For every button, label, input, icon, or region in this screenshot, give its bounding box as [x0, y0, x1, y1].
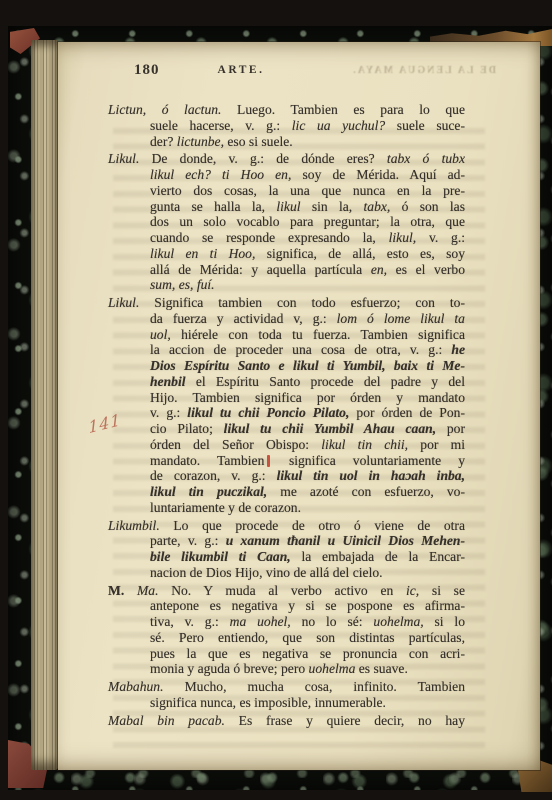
text-segment: lictunbe, [177, 134, 224, 149]
text-segment: soy de Mérida. Aquí ad- [291, 167, 465, 182]
text-segment: sé. Pero entiendo, que son distintas par… [150, 630, 465, 645]
text-segment: suele hacerse, v. g.: [150, 118, 292, 133]
text-segment: der? [150, 134, 177, 149]
text-segment: sin la, [301, 199, 364, 214]
text-line: henbil el Espíritu Santo procede del pad… [108, 374, 465, 390]
text-segment: la embajada de la Encar- [291, 549, 465, 564]
text-segment: luntariamente y de corazon. [150, 500, 301, 515]
text-segment: mandato. Tambien [150, 453, 264, 468]
text-segment: pues la que es negativa se pronuncia con… [150, 646, 465, 661]
text-segment: por [436, 421, 465, 436]
text-line: der? lictunbe, eso si suele. [108, 134, 465, 150]
text-line: gunta se halla la, likul sin la, tabx, ó… [108, 199, 465, 215]
text-segment: gunta se halla la, [150, 199, 276, 214]
text-segment: significa nunca, es imposible, innumerab… [150, 695, 386, 710]
text-line: significa nunca, es imposible, innumerab… [108, 695, 465, 711]
text-segment: likul tu chii Poncio Pilato, [187, 405, 349, 420]
dictionary-entry: Lictun, ó lactun. Luego. Tambien es para… [108, 102, 465, 149]
text-segment: Hijo. Tambien significa por órden y mand… [150, 390, 465, 405]
text-segment: Ma. [137, 583, 159, 598]
text-segment: tiva, v. g.: [150, 614, 230, 629]
book-photo-scene: 180 ARTE. DE LA LENGUA MAYA. Lictun, ó l… [0, 0, 552, 800]
text-line: M. Ma. No. Y muda al verbo activo en ic,… [108, 583, 465, 599]
text-line: parte, v. g.: u xanum tħanil u Uinicil D… [108, 533, 465, 549]
book-page: 180 ARTE. DE LA LENGUA MAYA. Lictun, ó l… [58, 42, 540, 770]
text-segment: Likul. [108, 151, 139, 166]
text-segment: v. g.: [416, 230, 465, 245]
running-header: 180 ARTE. DE LA LENGUA MAYA. [58, 60, 540, 86]
text-line: tiva, v. g.: ma uohel, no lo sé: uohelma… [108, 614, 465, 630]
bleedthrough-header-text: DE LA LENGUA MAYA. [326, 65, 496, 76]
text-segment: likul en ti Hoo, [150, 246, 255, 261]
dictionary-text-block: Lictun, ó lactun. Luego. Tambien es para… [108, 102, 465, 730]
text-segment: M. [108, 583, 124, 598]
text-segment: u xanum tħanil u Uinicil Dios Mehen- [226, 533, 465, 548]
text-line: sé. Pero entiendo, que son distintas par… [108, 630, 465, 646]
text-segment: Significa tambien con todo esfuerzo; con… [139, 295, 465, 310]
text-segment: ma uohel, [230, 614, 291, 629]
red-ink-mark [267, 455, 270, 467]
text-segment: monia y aguda ó breve; pero [150, 661, 309, 676]
text-segment: henbil [150, 374, 186, 389]
dictionary-entry: M. Ma. No. Y muda al verbo activo en ic,… [108, 583, 465, 678]
text-segment: lic ua yuchul? [292, 118, 385, 133]
text-line: likul en ti Hoo, significa, de allá, est… [108, 246, 465, 262]
dictionary-entry: Likul. Significa tambien con todo esfuer… [108, 295, 465, 516]
text-segment: parte, v. g.: [150, 533, 226, 548]
text-line: monia y aguda ó breve; pero uohelma es s… [108, 661, 465, 677]
text-segment: Luego. Tambien es para lo que [221, 102, 465, 117]
text-segment: significa voluntariamente y [272, 453, 465, 468]
text-line: Mabal bin pacab. Es frase y quiere decir… [108, 713, 465, 729]
text-line: Lictun, ó lactun. Luego. Tambien es para… [108, 102, 465, 118]
text-line: luntariamente y de corazon. [108, 500, 465, 516]
text-segment: sum, es, fuí. [150, 277, 215, 292]
text-segment: likul tin puczikal, [150, 484, 267, 499]
text-segment: tabx ó tubx [387, 151, 465, 166]
text-line: de corazon, v. g.: likul tin uol in haɔa… [108, 468, 465, 484]
text-segment: likul tu chii Yumbil Ahau caan, [224, 421, 436, 436]
text-line: bile likumbil ti Caan, la embajada de la… [108, 549, 465, 565]
text-segment: uohelma [309, 661, 356, 676]
text-line: órden del Señor Obispo: likul tin chii, … [108, 437, 465, 453]
text-segment: Likul. [108, 295, 139, 310]
text-line: allá de Mérida: y aquella partícula en, … [108, 262, 465, 278]
text-segment: Mabal bin pacab. [108, 713, 225, 728]
dictionary-entry: Mabahun. Mucho, mucha cosa, infinito. Ta… [108, 679, 465, 711]
text-segment: likul, [389, 230, 417, 245]
text-segment: da fuerza y actividad v, g.: [150, 311, 337, 326]
text-segment: uol, [150, 327, 171, 342]
text-segment: Likumbil. [108, 518, 160, 533]
text-segment: nacion de Dios Hijo, vino de allá del ci… [150, 565, 383, 580]
text-line: Likul. De donde, v. g.: de dónde eres? t… [108, 151, 465, 167]
dictionary-entry: Likumbil. Lo que procede de otro ó viene… [108, 518, 465, 581]
text-line: antepone es negativa y si se pospone es … [108, 598, 465, 614]
text-line: Mabahun. Mucho, mucha cosa, infinito. Ta… [108, 679, 465, 695]
text-segment: lom ó lome likul ta [337, 311, 465, 326]
text-segment: likul ech? ti Hoo en, [150, 167, 291, 182]
text-segment: No. Y muda al verbo activo en [158, 583, 406, 598]
text-segment: allá de Mérida: y aquella partícula [150, 262, 371, 277]
text-segment: Dios Espíritu Santo e likul ti Yumbil, b… [150, 358, 465, 373]
text-segment: bile likumbil ti Caan, [150, 549, 291, 564]
page-edge-stack [31, 40, 58, 770]
text-line: vierto dos cosas, la una que nunca en la… [108, 183, 465, 199]
text-line: Hijo. Tambien significa por órden y mand… [108, 390, 465, 406]
text-line: sum, es, fuí. [108, 277, 465, 293]
text-segment: órden del Señor Obispo: [150, 437, 321, 452]
text-line: pues la que es negativa se pronuncia con… [108, 646, 465, 662]
text-segment: si se [419, 583, 465, 598]
text-segment: likul tin uol in haɔah inba, [277, 468, 465, 483]
text-segment: por órden de Pon- [349, 405, 465, 420]
text-segment: Lictun, ó lactun. [108, 102, 221, 117]
text-segment: es el verbo [387, 262, 465, 277]
text-segment: uohelma, [373, 614, 423, 629]
text-segment: tabx, [364, 199, 391, 214]
text-segment: me azoté con esfuerzo, vo- [267, 484, 465, 499]
text-line: likul tin puczikal, me azoté con esfuerz… [108, 484, 465, 500]
text-segment: ic, [406, 583, 419, 598]
text-segment: cio Pilato; [150, 421, 224, 436]
text-segment: hiérele con toda tu fuerza. Tambien sign… [171, 327, 465, 342]
text-segment: v. g.: [150, 405, 187, 420]
text-line: mandato. Tambien significa voluntariamen… [108, 453, 465, 469]
text-line: Dios Espíritu Santo e likul ti Yumbil, b… [108, 358, 465, 374]
text-line: Likumbil. Lo que procede de otro ó viene… [108, 518, 465, 534]
text-segment: si lo [424, 614, 465, 629]
text-segment: likul [276, 199, 300, 214]
text-segment [124, 583, 137, 598]
text-segment: Lo que procede de otro ó viene de otra [160, 518, 465, 533]
text-segment: vierto dos cosas, la una que nunca en la… [150, 183, 465, 198]
text-line: cuando se responde expresando la, likul,… [108, 230, 465, 246]
text-segment: es suave. [355, 661, 407, 676]
text-segment: el Espíritu Santo procede del padre y de… [186, 374, 465, 389]
text-segment: likul tin chii, [321, 437, 408, 452]
dictionary-entry: Likul. De donde, v. g.: de dónde eres? t… [108, 151, 465, 293]
text-segment: Mucho, mucha cosa, infinito. Tambien [164, 679, 465, 694]
text-segment: he [451, 342, 465, 357]
text-line: Likul. Significa tambien con todo esfuer… [108, 295, 465, 311]
text-segment: por mi [408, 437, 465, 452]
text-segment: significa, de allá, esto es, soy [255, 246, 465, 261]
text-segment: la accion de proceder una cosa de otra, … [150, 342, 451, 357]
text-segment: Mabahun. [108, 679, 164, 694]
text-line: suele hacerse, v. g.: lic ua yuchul? sue… [108, 118, 465, 134]
text-line: uol, hiérele con toda tu fuerza. Tambien… [108, 327, 465, 343]
text-segment: Es frase y quiere decir, no hay [225, 713, 465, 728]
text-line: cio Pilato; likul tu chii Yumbil Ahau ca… [108, 421, 465, 437]
text-segment: en, [371, 262, 387, 277]
text-segment: de corazon, v. g.: [150, 468, 277, 483]
dictionary-entry: Mabal bin pacab. Es frase y quiere decir… [108, 713, 465, 729]
text-segment: dos un solo vocablo para preguntar; la o… [150, 214, 465, 229]
text-line: v. g.: likul tu chii Poncio Pilato, por … [108, 405, 465, 421]
text-line: dos un solo vocablo para preguntar; la o… [108, 214, 465, 230]
text-segment: De donde, v. g.: de dónde eres? [139, 151, 387, 166]
text-segment: cuando se responde expresando la, [150, 230, 389, 245]
text-segment: eso si suele. [224, 134, 293, 149]
text-line: nacion de Dios Hijo, vino de allá del ci… [108, 565, 465, 581]
text-segment: no lo sé: [291, 614, 374, 629]
text-line: likul ech? ti Hoo en, soy de Mérida. Aqu… [108, 167, 465, 183]
text-segment: ó son las [390, 199, 465, 214]
text-segment: antepone es negativa y si se pospone es … [150, 598, 465, 613]
text-line: la accion de proceder una cosa de otra, … [108, 342, 465, 358]
text-line: da fuerza y actividad v, g.: lom ó lome … [108, 311, 465, 327]
text-segment: suele suce- [385, 118, 465, 133]
